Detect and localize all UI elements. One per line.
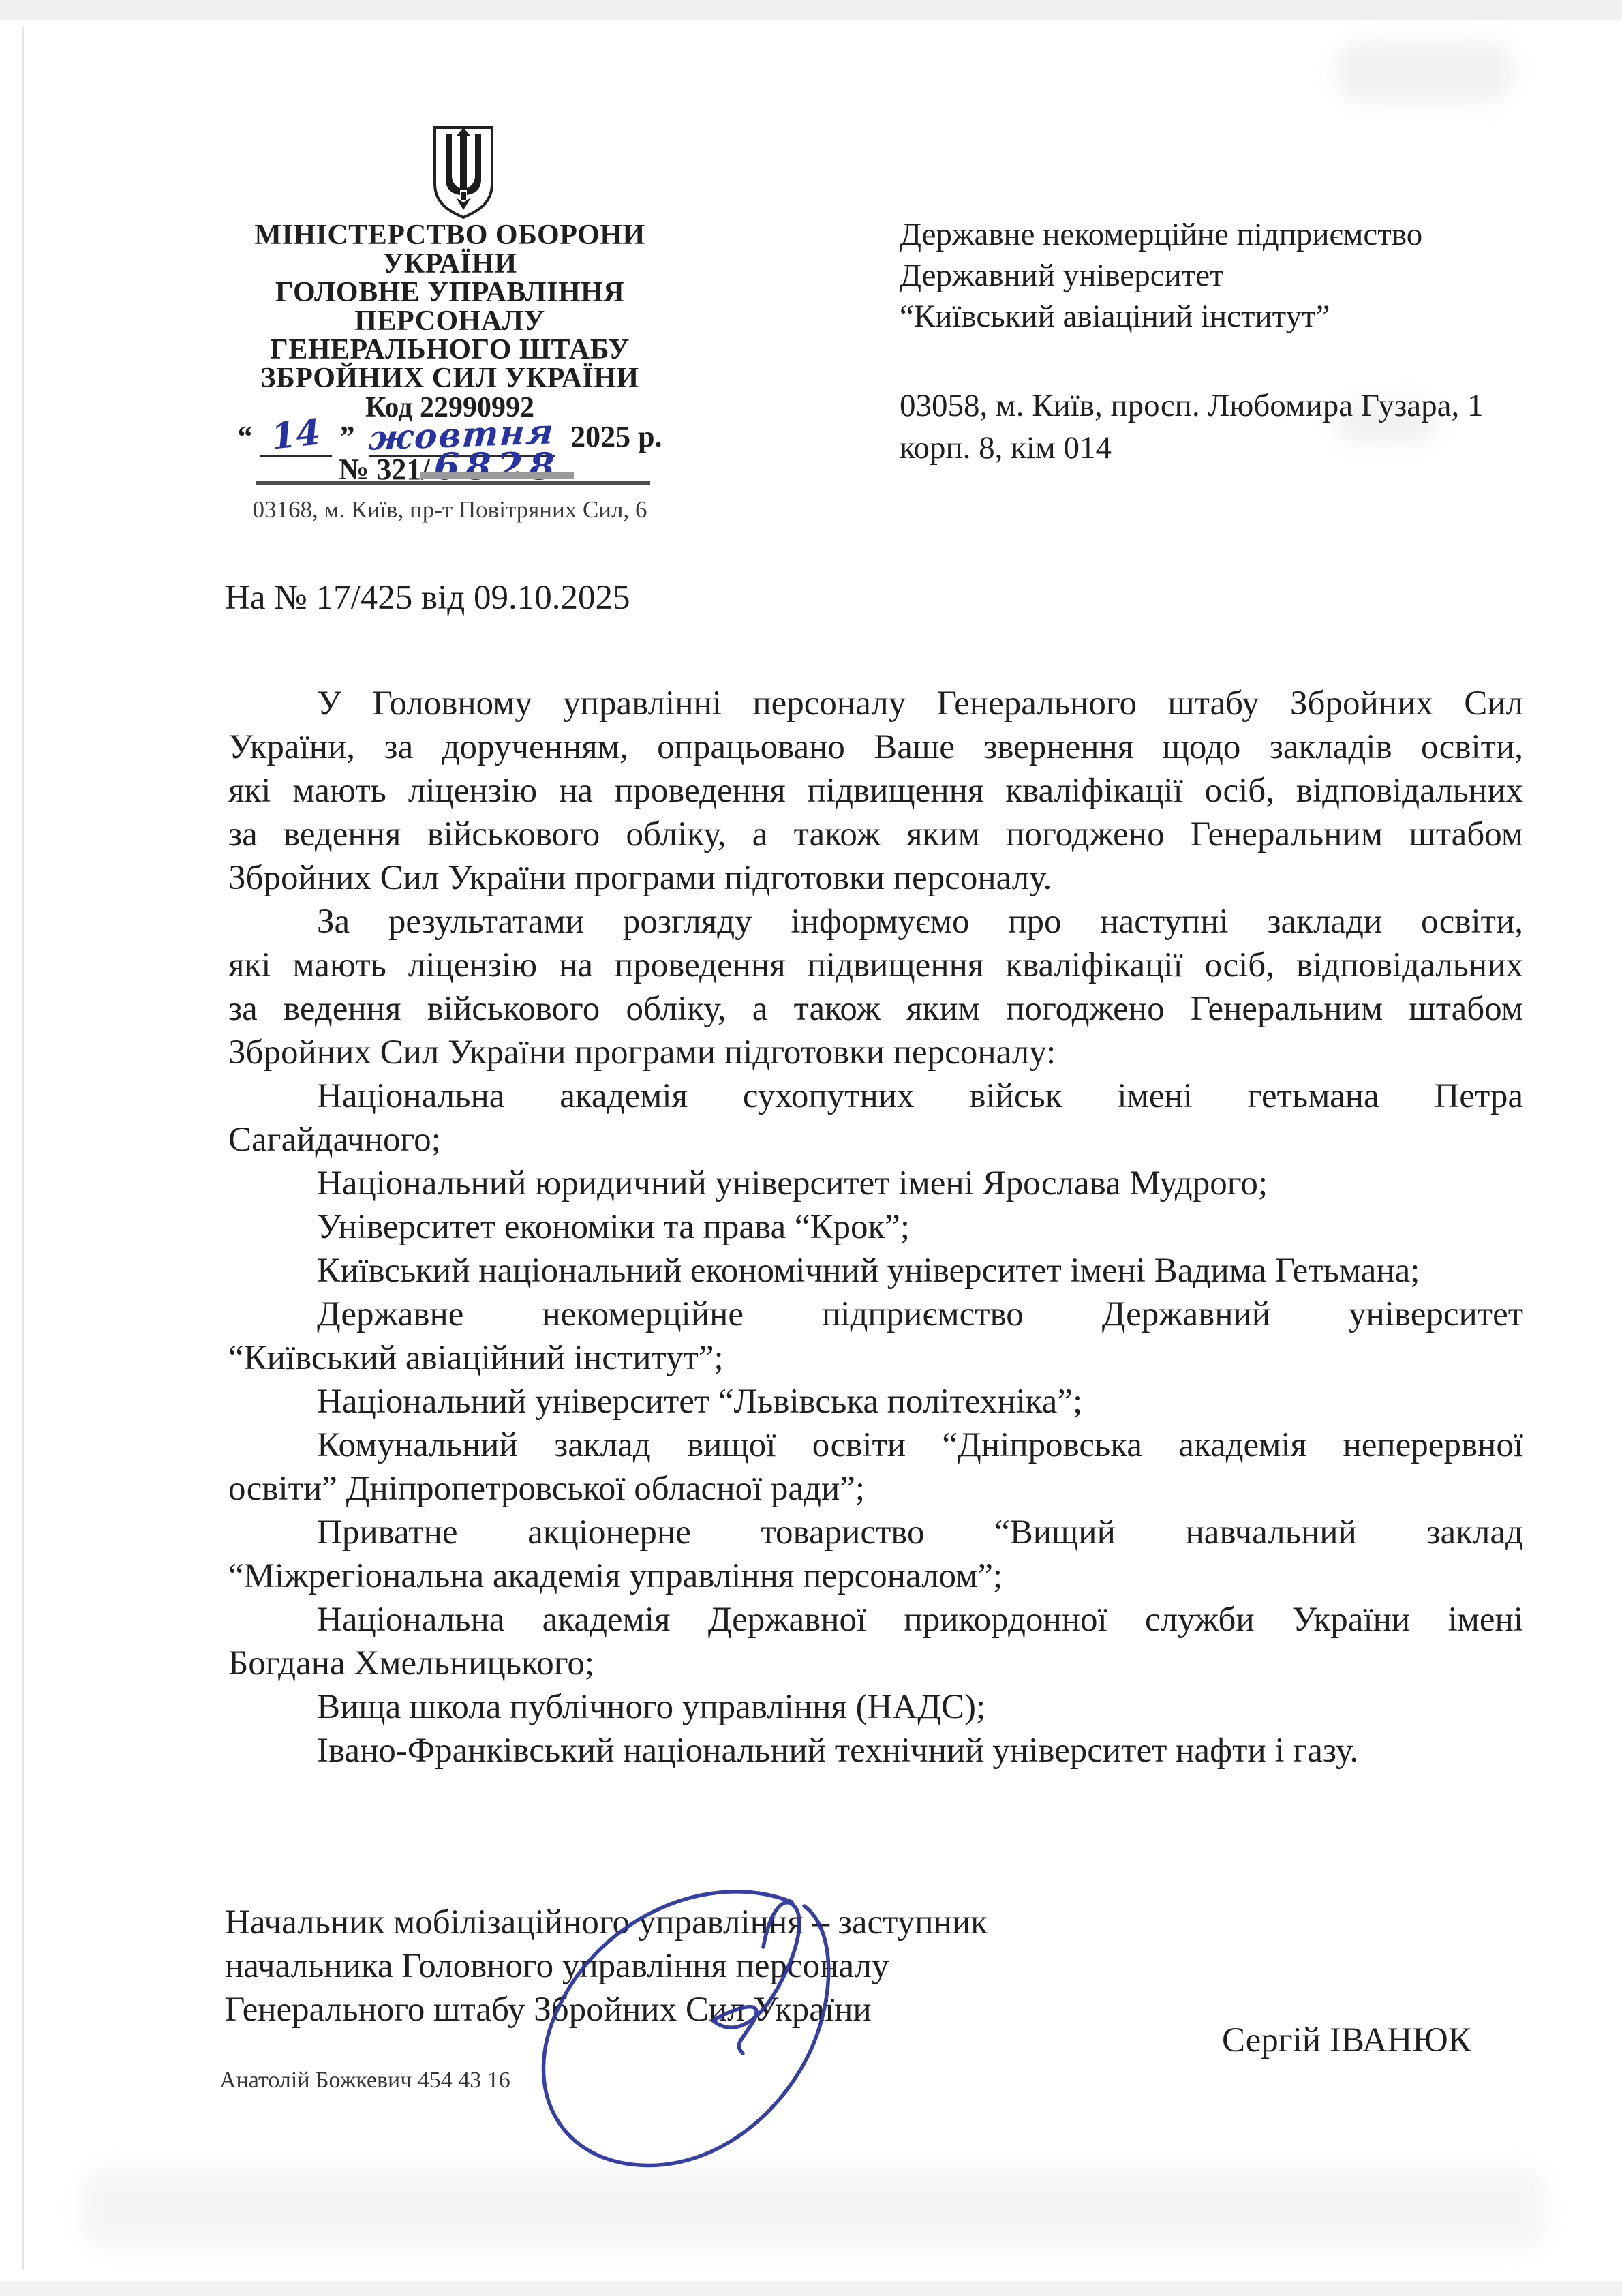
institution-item: Національна академія сухопутних військ і… <box>228 1074 1523 1162</box>
signoff-line: начальника Головного управління персонал… <box>225 1944 1077 1988</box>
org-line: УКРАЇНИ <box>225 250 675 278</box>
org-line: ГЕНЕРАЛЬНОГО ШТАБУ <box>225 335 675 364</box>
institution-item: Комунальний заклад вищої освіти “Дніпров… <box>228 1423 1523 1511</box>
institution-item: Національний юридичний університет імені… <box>228 1162 1523 1205</box>
scan-edge-left-line <box>22 27 24 2270</box>
org-line: ГОЛОВНЕ УПРАВЛІННЯ <box>225 278 675 307</box>
paragraph: У Головному управлінні персоналу Генерал… <box>228 682 1523 900</box>
institution-item: Національна академія Державної прикордон… <box>228 1598 1523 1685</box>
letter-body: У Головному управлінні персоналу Генерал… <box>228 682 1523 1772</box>
sender-org-name: МІНІСТЕРСТВО ОБОРОНИ УКРАЇНИ ГОЛОВНЕ УПР… <box>225 221 675 393</box>
recipient-address-line: 03058, м. Київ, просп. Любомира Гузара, … <box>900 384 1540 427</box>
scan-smudge <box>1336 41 1513 102</box>
signer-name: Сергій ІВАНЮК <box>1222 2021 1471 2060</box>
scan-edge-top <box>0 0 1622 20</box>
institution-item: Університет економіки та права “Крок”; <box>228 1205 1523 1249</box>
recipient-line: “Київський авіаціний інститут” <box>900 296 1540 337</box>
recipient-address-line: корп. 8, кім 014 <box>900 427 1540 469</box>
signoff-line: Генерального штабу Збройних Сил України <box>225 1988 1077 2031</box>
recipient-block: Державне некомерційне підприємство Держа… <box>900 214 1540 337</box>
scanned-letter-page: МІНІСТЕРСТВО ОБОРОНИ УКРАЇНИ ГОЛОВНЕ УПР… <box>0 0 1622 2296</box>
recipient-address-block: 03058, м. Київ, просп. Любомира Гузара, … <box>900 384 1540 469</box>
signoff-line: Начальник мобілізаційного управління – з… <box>225 1901 1077 1944</box>
institution-item: Національний університет “Львівська полі… <box>228 1380 1523 1423</box>
recipient-line: Державний університет <box>900 255 1540 296</box>
institution-item: Державне некомерційне підприємство Держа… <box>228 1293 1523 1380</box>
institution-item: Вища школа публічного управління (НАДС); <box>228 1685 1523 1729</box>
paragraph: За результатами розгляду інформуємо про … <box>228 900 1523 1074</box>
header-divider-rule <box>256 481 650 485</box>
quote-mark: “ <box>237 420 252 453</box>
institution-item: Київський національний економічний уніве… <box>228 1249 1523 1293</box>
org-line: ПЕРСОНАЛУ <box>225 307 675 335</box>
scan-edge-bottom <box>0 2281 1622 2296</box>
scan-smudge <box>82 2168 1547 2250</box>
number-underline-bar <box>420 472 574 479</box>
reference-line: На № 17/425 від 09.10.2025 <box>225 578 630 618</box>
org-line: МІНІСТЕРСТВО ОБОРОНИ <box>225 221 675 250</box>
quote-mark: ” <box>339 420 354 453</box>
recipient-line: Державне некомерційне підприємство <box>900 214 1540 255</box>
sender-address: 03168, м. Київ, пр-т Повітряних Сил, 6 <box>204 496 695 524</box>
org-line: ЗБРОЙНИХ СИЛ УКРАЇНИ <box>225 364 675 393</box>
ukraine-trident-emblem <box>429 125 498 220</box>
executor-contact: Анатолій Божкевич 454 43 16 <box>219 2067 510 2094</box>
institution-item: Приватне акціонерне товариство “Вищий на… <box>228 1511 1523 1598</box>
institution-item: Івано-Франківський національний технічни… <box>228 1729 1523 1772</box>
signoff-position: Начальник мобілізаційного управління – з… <box>225 1901 1077 2031</box>
date-year: 2025 р. <box>570 420 662 453</box>
handwritten-day: 14 <box>270 414 322 455</box>
